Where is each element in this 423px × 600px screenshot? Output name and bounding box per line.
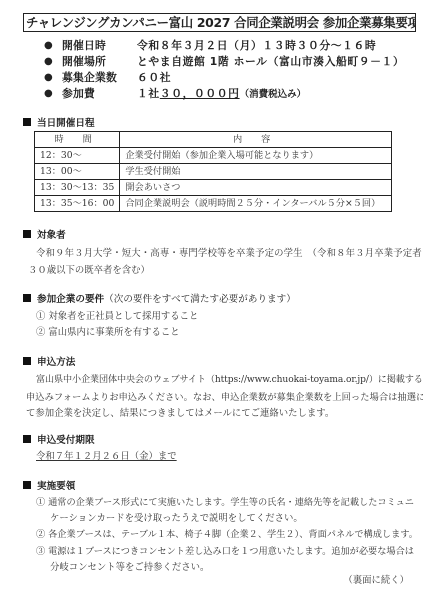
summary-label: 開催日時 [62,38,106,53]
section-heading-requirements: 参加企業の要件（次の要件をすべて満たす必要があります） [23,293,296,306]
document-title: チャレンジングカンパニー富山 2027 合同企業説明会 参加企業募集要項 [23,13,416,32]
section-heading-deadline: 申込受付期限 [23,434,95,447]
square-bullet-icon [23,435,31,443]
time-cell: 13：35～16：00 [35,196,120,212]
summary-value: 令和８年３月２日（月）１３時３０分～１６時 [137,38,376,53]
time-cell: 13：00～ [35,164,120,180]
requirements-note: （次の要件をすべて満たす必要があります） [104,294,296,305]
continued-note: （裏面に続く） [343,574,409,587]
bullet-icon: ● [44,86,53,101]
fee-suffix: （消費税込み） [240,89,307,100]
square-bullet-icon [23,294,31,302]
column-header-time: 時 間 [35,132,120,148]
square-bullet-icon [23,357,31,365]
content-cell: 合同企業説明会（説明時間２５分・インターバル５分×５回） [120,196,392,212]
section-heading-guidelines: 実施要領 [23,480,75,493]
table-row: 12：30～ 企業受付開始（参加企業入場可能となります） [35,148,392,164]
square-bullet-icon [23,230,31,238]
guideline-line: ケーションカードを受け取ったうえで説明をしてください。 [50,512,303,525]
summary-value: とやま自遊館 1階 ホール（富山市湊入船町９－１） [137,54,404,69]
guideline-line: ③ 電源は１ブースにつきコンセント差し込み口を１つ用意いたします。追加が必要な場… [36,545,414,558]
time-cell: 13：30～13：35 [35,180,120,196]
bullet-icon: ● [44,70,53,85]
guideline-line: ① 通常の企業ブース形式にて実施いたします。学生等の氏名・連絡先等を記載したコミ… [36,496,414,509]
fee-prefix: １社 [137,87,160,100]
summary-value: ６０社 [137,70,171,85]
target-text-line: 令和９年３月大学・短大・高専・専門学校等を卒業予定の学生 （令和８年３月卒業予定… [36,247,423,260]
summary-label: 開催場所 [62,54,106,69]
bullet-icon: ● [44,38,53,53]
guideline-line: ② 各企業ブースは、テーブル１本、椅子４脚（企業２、学生２）、背面パネルで構成し… [36,528,418,541]
table-header-row: 時 間 内 容 [35,132,392,148]
summary-label: 参加費 [62,86,95,101]
application-text-line: 富山県中小企業団体中央会のウェブサイト（https://www.chuokai-… [36,374,423,387]
fee-amount: ３０，０００円 [160,87,240,100]
summary-value: １社３０，０００円（消費税込み） [137,86,306,102]
section-heading-target: 対象者 [23,229,66,242]
bullet-icon: ● [44,54,53,69]
time-cell: 12：30～ [35,148,120,164]
application-text-line: 申込みフォームよりお申込みください。なお、申込企業数が募集企業数を上回った場合は… [26,391,423,404]
requirement-item: ① 対象者を正社員として採用すること [36,310,198,323]
guideline-line: 分岐コンセント等をご持参ください。 [50,561,209,574]
square-bullet-icon [23,118,31,126]
table-row: 13：35～16：00 合同企業説明会（説明時間２５分・インターバル５分×５回） [35,196,392,212]
section-heading-application: 申込方法 [23,356,75,369]
column-header-content: 内 容 [120,132,392,148]
square-bullet-icon [23,481,31,489]
schedule-table: 時 間 内 容 12：30～ 企業受付開始（参加企業入場可能となります） 13：… [34,131,392,212]
content-cell: 企業受付開始（参加企業入場可能となります） [120,148,392,164]
summary-label: 募集企業数 [62,70,117,85]
section-heading-schedule: 当日開催日程 [23,117,95,130]
table-row: 13：00～ 学生受付開始 [35,164,392,180]
content-cell: 学生受付開始 [120,164,392,180]
application-text-line: て参加企業を決定し、結果につきましてはメールにてご連絡いたします。 [26,407,334,420]
requirement-item: ② 富山県内に事業所を有すること [36,326,180,339]
target-text-line: ３０歳以下の既卒者を含む） [28,264,150,277]
deadline-value: 令和７年１２月２６日（金）まで [36,450,177,463]
table-row: 13：30～13：35 開会あいさつ [35,180,392,196]
content-cell: 開会あいさつ [120,180,392,196]
